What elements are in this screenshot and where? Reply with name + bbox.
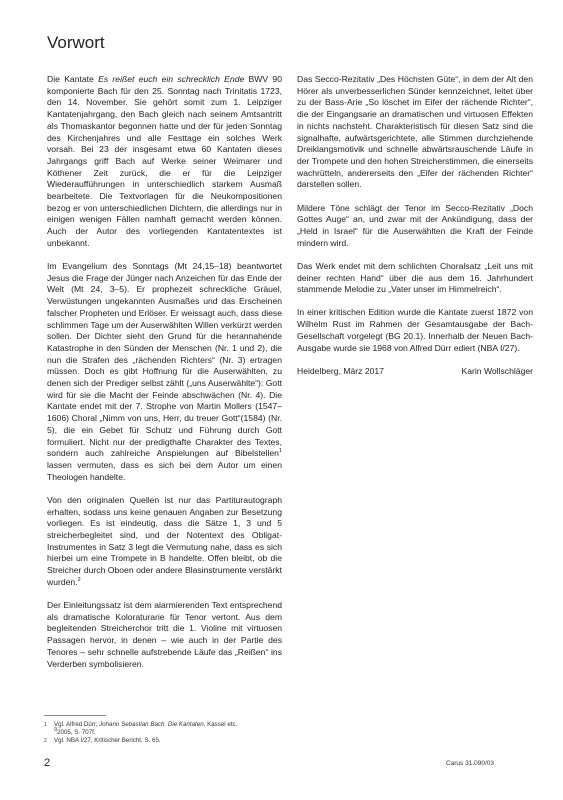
footnote-number: 2 xyxy=(44,737,54,745)
paragraph-chorale: Das Werk endet mit dem schlichten Choral… xyxy=(297,261,533,296)
footnote-divider xyxy=(44,715,106,716)
text: BWV 90 komponierte Bach für den 25. Sonn… xyxy=(47,74,282,248)
left-column: Die Kantate Es reißet euch ein schreckli… xyxy=(47,74,282,682)
paragraph-intro: Die Kantate Es reißet euch ein schreckli… xyxy=(47,74,282,250)
text: Vgl. Alfred Dürr, xyxy=(54,721,99,728)
text: Die Kantate xyxy=(47,74,98,84)
footnote-ref-1[interactable]: 1 xyxy=(279,448,282,454)
place-date: Heidelberg, März 2017 xyxy=(297,366,384,378)
catalog-number: Carus 31.090/03 xyxy=(446,760,494,767)
text: 2005, S. 707f. xyxy=(57,729,96,736)
paragraph-recitative-aria: Das Secco-Rezitativ „Des Höchsten Güte“,… xyxy=(297,74,533,191)
paragraph-tenor-recitative: Mildere Töne schlägt der Tenor im Secco-… xyxy=(297,203,533,250)
paragraph-sources: Von den originalen Quellen ist nur das P… xyxy=(47,495,282,589)
paragraph-gospel: Im Evangelium des Sonntags (Mt 24,15–18)… xyxy=(47,261,282,483)
text: lassen ver­muten, dass es sich bei dem A… xyxy=(47,460,282,482)
footnote-number: 1 xyxy=(44,721,54,737)
signature-line: Heidelberg, März 2017 Karin Wollschläger xyxy=(297,366,533,378)
author-name: Karin Wollschläger xyxy=(462,366,534,378)
footnote-text: Vgl. Alfred Dürr, Johann Sebastian Bach.… xyxy=(54,721,237,737)
footnote-text: Vgl. NBA I/27, Kritischer Bericht, S. 65… xyxy=(54,737,161,745)
text: Von den originalen Quellen ist nur das P… xyxy=(47,495,282,587)
cantata-title: Es reißet euch ein schrecklich Ende xyxy=(98,74,244,84)
paragraph-opening-movement: Der Einleitungssatz ist dem alarmierende… xyxy=(47,600,282,670)
footnote-1: 1 Vgl. Alfred Dürr, Johann Sebastian Bac… xyxy=(44,721,344,737)
footnotes: 1 Vgl. Alfred Dürr, Johann Sebastian Bac… xyxy=(44,721,344,745)
page-title: Vorwort xyxy=(47,33,105,53)
paragraph-edition: In einer kritischen Edition wurde die Ka… xyxy=(297,307,533,354)
footnote-2: 2 Vgl. NBA I/27, Kritischer Bericht, S. … xyxy=(44,737,344,745)
book-title: Johann Sebastian Bach. Die Kantaten xyxy=(99,721,204,728)
text: Im Evangelium des Sonntags (Mt 24,15–18)… xyxy=(47,261,282,458)
right-column: Das Secco-Rezitativ „Des Höchsten Güte“,… xyxy=(297,74,533,377)
footnote-ref-2[interactable]: 2 xyxy=(78,577,81,583)
page-number: 2 xyxy=(44,757,50,769)
text: , Kassel etc. xyxy=(204,721,238,728)
